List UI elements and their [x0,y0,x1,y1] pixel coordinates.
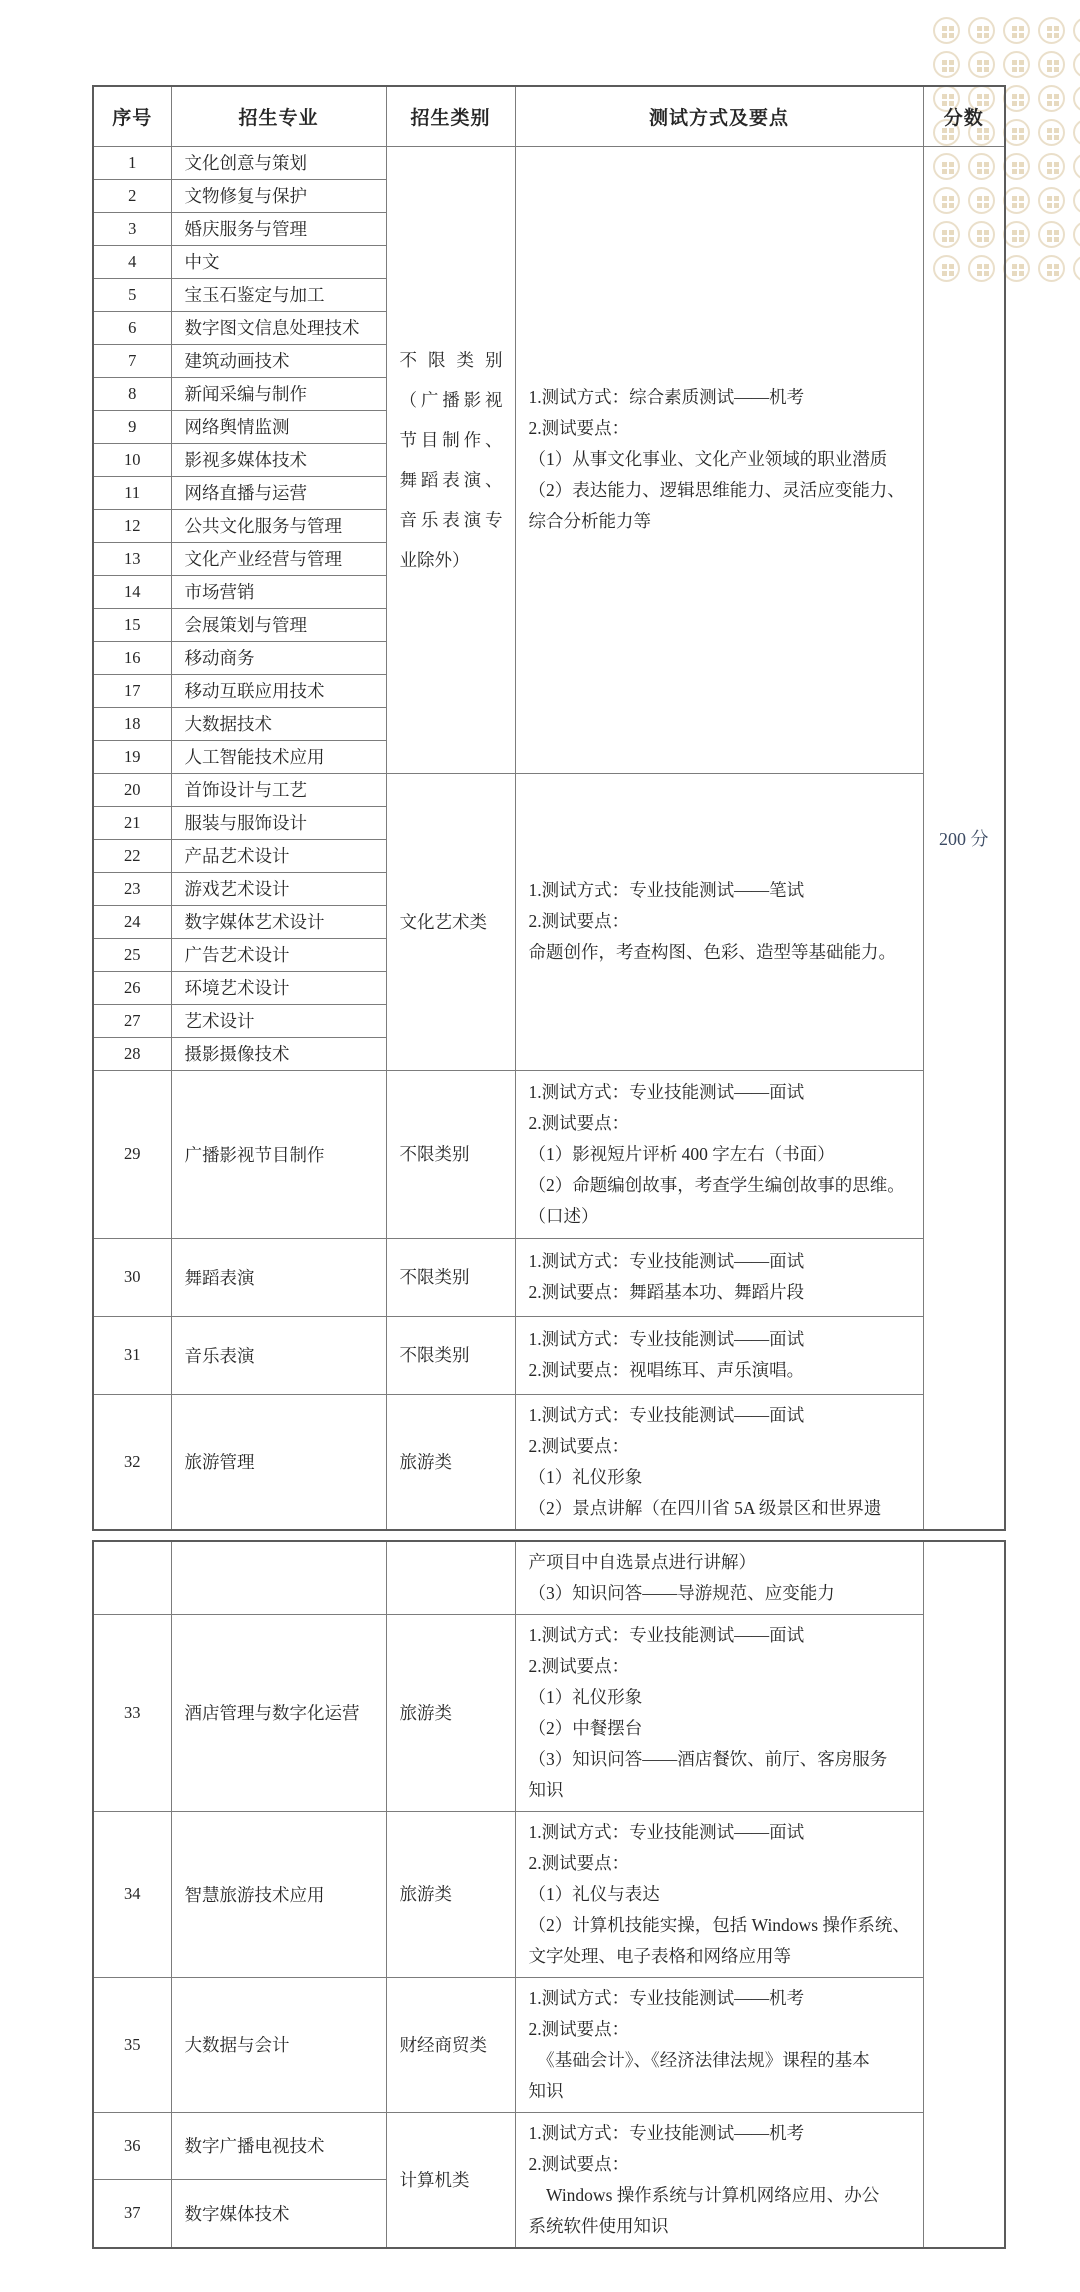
test-line: 2.测试要点：视唱练耳、声乐演唱。 [529,1355,913,1386]
header-test: 测试方式及要点 [515,86,923,146]
row-no-cell: 4 [93,245,171,278]
row-no-cell: 30 [93,1238,171,1316]
row-no-cell: 20 [93,773,171,806]
category-cell: 不限类别（广播影视节目制作、舞蹈表演、音乐表演专业除外） [386,146,515,773]
seal-icon [933,51,960,78]
row-no-cell: 33 [93,1614,171,1811]
row-no-cell: 8 [93,377,171,410]
test-line: （3）知识问答——导游规范、应变能力 [529,1578,913,1609]
major-cell: 移动互联应用技术 [171,674,386,707]
major-cell: 网络舆情监测 [171,410,386,443]
row-no-cell: 24 [93,905,171,938]
major-cell: 服装与服饰设计 [171,806,386,839]
header-score: 分数 [923,86,1005,146]
row-no-cell: 10 [93,443,171,476]
major-cell: 文物修复与保护 [171,179,386,212]
test-line: 文字处理、电子表格和网络应用等 [529,1941,913,1972]
test-line: 《基础会计》、《经济法律法规》课程的基本 [529,2045,913,2076]
test-cell: 1.测试方式：专业技能测试——笔试2.测试要点：命题创作，考查构图、色彩、造型等… [515,773,923,1070]
header-major: 招生专业 [171,86,386,146]
major-cell: 网络直播与运营 [171,476,386,509]
major-cell: 宝玉石鉴定与加工 [171,278,386,311]
test-line: 1.测试方式：专业技能测试——面试 [529,1077,913,1108]
row-no-cell: 32 [93,1394,171,1530]
test-cell: 1.测试方式：综合素质测试——机考2.测试要点：（1）从事文化事业、文化产业领域… [515,146,923,773]
seal-icon [1038,51,1065,78]
seal-icon [968,17,995,44]
category-cell: 旅游类 [386,1394,515,1530]
seal-icon [1038,255,1065,282]
major-cell: 艺术设计 [171,1004,386,1037]
test-line: 2.测试要点： [529,1848,913,1879]
row-no-cell: 17 [93,674,171,707]
table-row: 30舞蹈表演不限类别1.测试方式：专业技能测试——面试2.测试要点：舞蹈基本功、… [93,1238,1005,1316]
test-cell: 1.测试方式：专业技能测试——面试2.测试要点：（1）礼仪与表达（2）计算机技能… [515,1811,923,1977]
row-no-cell: 36 [93,2112,171,2180]
seal-icon [1073,255,1080,282]
test-line: （1）从事文化事业、文化产业领域的职业潜质 [529,444,913,475]
major-cell: 新闻采编与制作 [171,377,386,410]
seal-icon [1003,187,1030,214]
test-cell: 1.测试方式：专业技能测试——面试2.测试要点：（1）礼仪形象（2）景点讲解（在… [515,1394,923,1530]
category-cell: 旅游类 [386,1811,515,1977]
test-line: 1.测试方式：专业技能测试——笔试 [529,875,913,906]
major-cell: 旅游管理 [171,1394,386,1530]
seal-icon [1038,221,1065,248]
row-no-cell: 22 [93,839,171,872]
test-line: （1）影视短片评析 400 字左右（书面） [529,1139,913,1170]
major-cell: 舞蹈表演 [171,1238,386,1316]
row-no-cell: 13 [93,542,171,575]
test-line: （2）命题编创故事，考查学生编创故事的思维。 [529,1170,913,1201]
test-cell: 1.测试方式：专业技能测试——机考2.测试要点： Windows 操作系统与计算… [515,2112,923,2248]
seal-icon [968,51,995,78]
test-line: （1）礼仪与表达 [529,1879,913,1910]
row-no-cell: 21 [93,806,171,839]
test-line: 2.测试要点： [529,413,913,444]
table-row: 1文化创意与策划不限类别（广播影视节目制作、舞蹈表演、音乐表演专业除外）1.测试… [93,146,1005,179]
seal-icon [1073,51,1080,78]
major-cell: 建筑动画技术 [171,344,386,377]
document-page: 序号 招生专业 招生类别 测试方式及要点 分数 1文化创意与策划不限类别（广播影… [92,85,1006,2249]
test-line: 综合分析能力等 [529,506,913,537]
row-no-cell: 35 [93,1977,171,2112]
test-line: 2.测试要点： [529,1108,913,1139]
major-cell: 数字媒体艺术设计 [171,905,386,938]
category-cell: 财经商贸类 [386,1977,515,2112]
test-line: 2.测试要点： [529,1431,913,1462]
major-cell: 移动商务 [171,641,386,674]
major-cell: 文化创意与策划 [171,146,386,179]
score-cell-empty [923,1541,1005,2248]
major-cell: 酒店管理与数字化运营 [171,1614,386,1811]
seal-icon [1073,17,1080,44]
major-cell: 环境艺术设计 [171,971,386,1004]
test-line: 1.测试方式：专业技能测试——面试 [529,1246,913,1277]
major-cell: 数字图文信息处理技术 [171,311,386,344]
category-cell: 不限类别 [386,1070,515,1238]
major-cell: 产品艺术设计 [171,839,386,872]
seal-icon [1073,85,1080,112]
test-line: 2.测试要点： [529,906,913,937]
row-no-cell: 7 [93,344,171,377]
major-cell: 大数据技术 [171,707,386,740]
table-row: 36数字广播电视技术计算机类1.测试方式：专业技能测试——机考2.测试要点： W… [93,2112,1005,2180]
test-line: 1.测试方式：综合素质测试——机考 [529,382,913,413]
test-cell: 1.测试方式：专业技能测试——面试2.测试要点：（1）礼仪形象（2）中餐摆台（3… [515,1614,923,1811]
row-no-cell: 23 [93,872,171,905]
test-line: （口述） [529,1201,913,1232]
test-line: 2.测试要点： [529,1651,913,1682]
test-line: Windows 操作系统与计算机网络应用、办公 [529,2180,913,2211]
seal-icon [1003,85,1030,112]
test-line: （3）知识问答——酒店餐饮、前厅、客房服务 [529,1744,913,1775]
major-cell: 摄影摄像技术 [171,1037,386,1070]
test-line: （1）礼仪形象 [529,1462,913,1493]
row-no-cell: 26 [93,971,171,1004]
category-cell: 不限类别 [386,1238,515,1316]
major-cell: 大数据与会计 [171,1977,386,2112]
row-no-cell: 1 [93,146,171,179]
seal-icon [1003,255,1030,282]
major-cell: 会展策划与管理 [171,608,386,641]
seal-icon [1073,187,1080,214]
row-no-cell: 5 [93,278,171,311]
row-no-cell: 6 [93,311,171,344]
row-no-cell-empty [93,1541,171,1615]
category-cell: 旅游类 [386,1614,515,1811]
row-no-cell: 3 [93,212,171,245]
major-cell: 智慧旅游技术应用 [171,1811,386,1977]
major-cell: 公共文化服务与管理 [171,509,386,542]
major-cell: 市场营销 [171,575,386,608]
table-row: 31音乐表演不限类别1.测试方式：专业技能测试——面试2.测试要点：视唱练耳、声… [93,1316,1005,1394]
test-line: 1.测试方式：专业技能测试——机考 [529,2118,913,2149]
row-no-cell: 37 [93,2180,171,2248]
test-line: （2）景点讲解（在四川省 5A 级景区和世界遗 [529,1493,913,1524]
header-no: 序号 [93,86,171,146]
test-line: 知识 [529,1775,913,1806]
admissions-table-page2: 产项目中自选景点进行讲解）（3）知识问答——导游规范、应变能力33酒店管理与数字… [92,1540,1006,2249]
test-line: 1.测试方式：专业技能测试——面试 [529,1817,913,1848]
row-no-cell: 9 [93,410,171,443]
seal-icon [1038,17,1065,44]
row-no-cell: 19 [93,740,171,773]
seal-icon [1038,85,1065,112]
table-row: 32旅游管理旅游类1.测试方式：专业技能测试——面试2.测试要点：（1）礼仪形象… [93,1394,1005,1530]
major-cell: 人工智能技术应用 [171,740,386,773]
test-line: 1.测试方式：专业技能测试——面试 [529,1620,913,1651]
seal-icon [1073,153,1080,180]
major-cell: 首饰设计与工艺 [171,773,386,806]
table-row: 29广播影视节目制作不限类别1.测试方式：专业技能测试——面试2.测试要点：（1… [93,1070,1005,1238]
row-no-cell: 16 [93,641,171,674]
test-line: 2.测试要点：舞蹈基本功、舞蹈片段 [529,1277,913,1308]
test-line: （2）计算机技能实操，包括 Windows 操作系统、 [529,1910,913,1941]
major-cell: 广告艺术设计 [171,938,386,971]
test-line: 2.测试要点： [529,2149,913,2180]
test-line: （1）礼仪形象 [529,1682,913,1713]
test-line: （2）表达能力、逻辑思维能力、灵活应变能力、 [529,475,913,506]
table-row: 产项目中自选景点进行讲解）（3）知识问答——导游规范、应变能力 [93,1541,1005,1615]
seal-icon [1003,221,1030,248]
seal-icon [1003,119,1030,146]
test-line: 知识 [529,2076,913,2107]
test-line: 系统软件使用知识 [529,2211,913,2242]
test-line: 1.测试方式：专业技能测试——面试 [529,1324,913,1355]
test-line: 1.测试方式：专业技能测试——面试 [529,1400,913,1431]
seal-icon [1038,119,1065,146]
table-row: 35大数据与会计财经商贸类1.测试方式：专业技能测试——机考2.测试要点： 《基… [93,1977,1005,2112]
test-line: 产项目中自选景点进行讲解） [529,1547,913,1578]
row-no-cell: 29 [93,1070,171,1238]
row-no-cell: 25 [93,938,171,971]
major-cell: 音乐表演 [171,1316,386,1394]
test-line: 1.测试方式：专业技能测试——机考 [529,1983,913,2014]
table-row: 20首饰设计与工艺文化艺术类1.测试方式：专业技能测试——笔试2.测试要点：命题… [93,773,1005,806]
test-cell: 1.测试方式：专业技能测试——面试2.测试要点：舞蹈基本功、舞蹈片段 [515,1238,923,1316]
seal-icon [1073,119,1080,146]
category-cell: 文化艺术类 [386,773,515,1070]
row-no-cell: 27 [93,1004,171,1037]
row-no-cell: 28 [93,1037,171,1070]
major-cell-empty [171,1541,386,1615]
major-cell: 数字广播电视技术 [171,2112,386,2180]
header-category: 招生类别 [386,86,515,146]
major-cell: 影视多媒体技术 [171,443,386,476]
row-no-cell: 11 [93,476,171,509]
major-cell: 婚庆服务与管理 [171,212,386,245]
category-cell: 计算机类 [386,2112,515,2248]
seal-icon [1073,221,1080,248]
table-row: 34智慧旅游技术应用旅游类1.测试方式：专业技能测试——面试2.测试要点：（1）… [93,1811,1005,1977]
test-cell: 1.测试方式：专业技能测试——面试2.测试要点：（1）影视短片评析 400 字左… [515,1070,923,1238]
major-cell: 游戏艺术设计 [171,872,386,905]
test-cell: 1.测试方式：专业技能测试——机考2.测试要点： 《基础会计》、《经济法律法规》… [515,1977,923,2112]
test-cell: 1.测试方式：专业技能测试——面试2.测试要点：视唱练耳、声乐演唱。 [515,1316,923,1394]
table-row: 33酒店管理与数字化运营旅游类1.测试方式：专业技能测试——面试2.测试要点：（… [93,1614,1005,1811]
seal-icon [1003,17,1030,44]
major-cell: 数字媒体技术 [171,2180,386,2248]
row-no-cell: 12 [93,509,171,542]
test-line: 2.测试要点： [529,2014,913,2045]
major-cell: 广播影视节目制作 [171,1070,386,1238]
admissions-table-page1: 序号 招生专业 招生类别 测试方式及要点 分数 1文化创意与策划不限类别（广播影… [92,85,1006,1531]
seal-icon [1038,153,1065,180]
test-line: （2）中餐摆台 [529,1713,913,1744]
test-line: 命题创作，考查构图、色彩、造型等基础能力。 [529,937,913,968]
row-no-cell: 15 [93,608,171,641]
score-cell: 200 分 [923,146,1005,1530]
test-cell: 产项目中自选景点进行讲解）（3）知识问答——导游规范、应变能力 [515,1541,923,1615]
row-no-cell: 2 [93,179,171,212]
row-no-cell: 31 [93,1316,171,1394]
major-cell: 中文 [171,245,386,278]
category-cell-empty [386,1541,515,1615]
row-no-cell: 34 [93,1811,171,1977]
seal-icon [1003,153,1030,180]
seal-icon [933,17,960,44]
header-row: 序号 招生专业 招生类别 测试方式及要点 分数 [93,86,1005,146]
major-cell: 文化产业经营与管理 [171,542,386,575]
seal-icon [1003,51,1030,78]
row-no-cell: 18 [93,707,171,740]
seal-icon [1038,187,1065,214]
category-cell: 不限类别 [386,1316,515,1394]
row-no-cell: 14 [93,575,171,608]
